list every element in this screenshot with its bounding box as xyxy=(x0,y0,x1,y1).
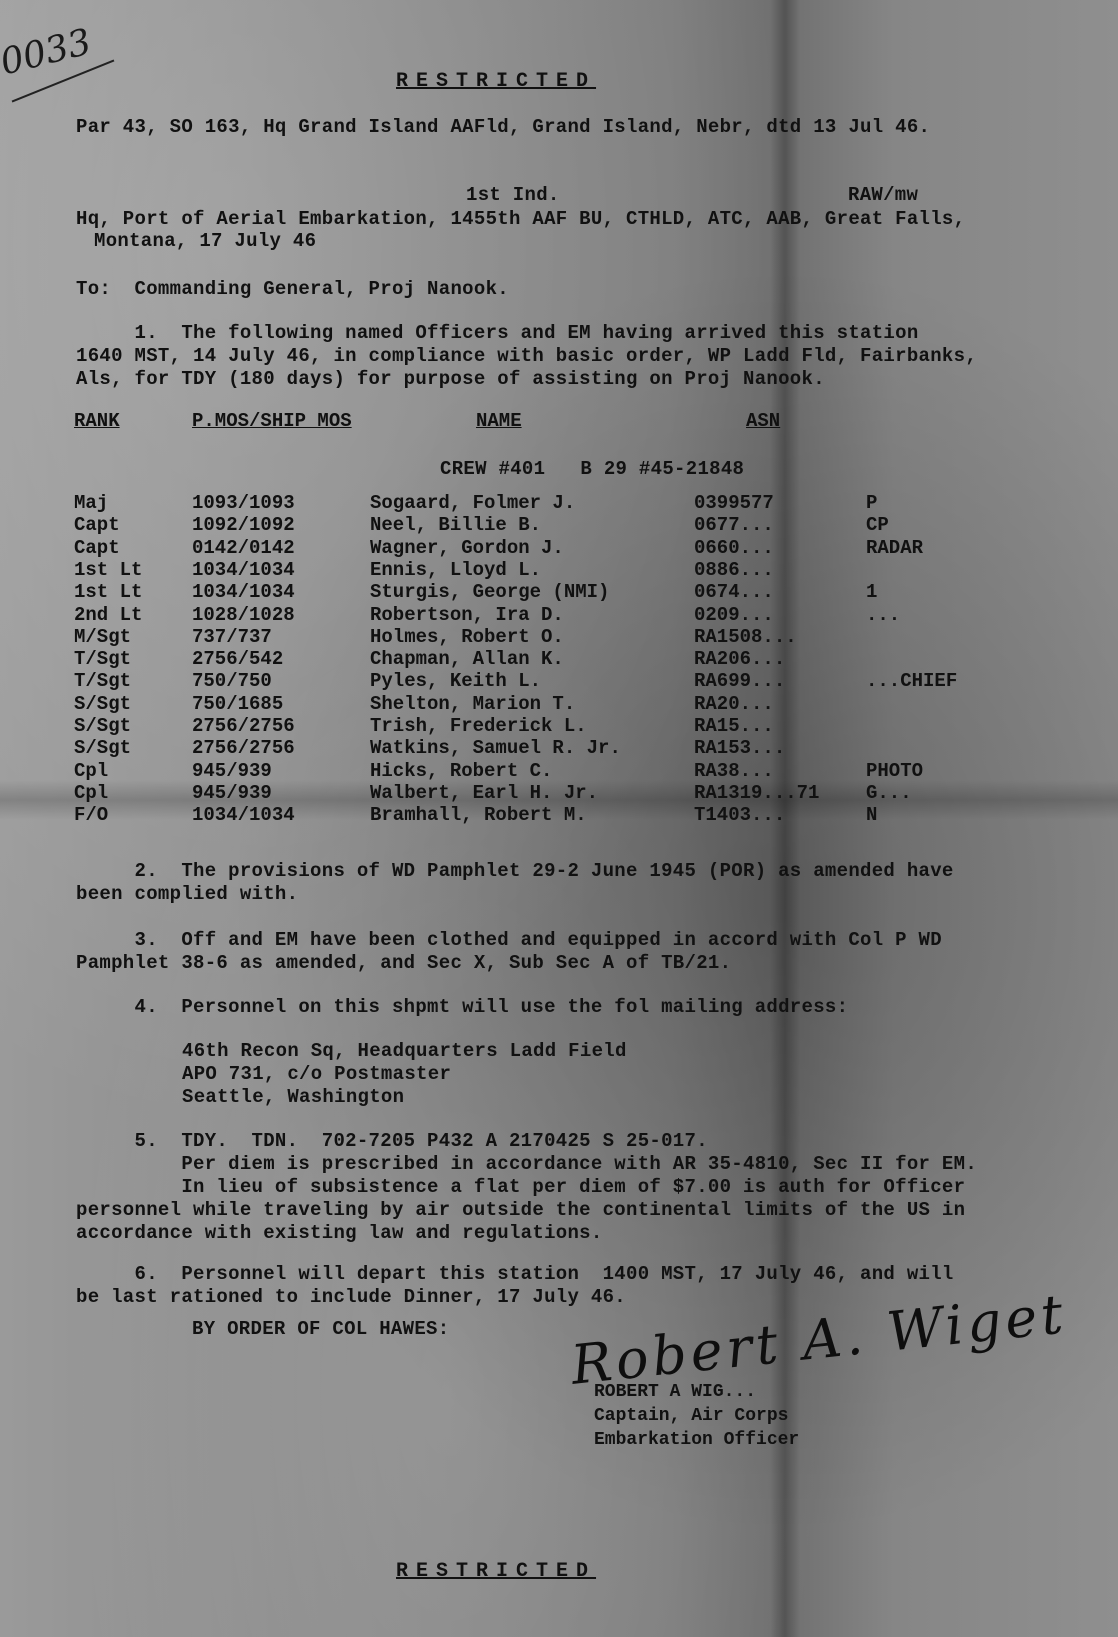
para5-line4: personnel while traveling by air outside… xyxy=(76,1199,965,1221)
rank-cell: S/Sgt xyxy=(74,693,131,715)
name-cell: Sogaard, Folmer J. xyxy=(370,492,575,514)
column-header-asn: ASN xyxy=(746,410,780,432)
asn-cell: 0674... xyxy=(694,581,774,603)
column-header-name: NAME xyxy=(476,410,522,432)
para4-line: 4. Personnel on this shpmt will use the … xyxy=(76,996,848,1018)
address-line2: APO 731, c/o Postmaster xyxy=(182,1063,451,1085)
para6-line1: 6. Personnel will depart this station 14… xyxy=(76,1263,954,1285)
asn-cell: 0660... xyxy=(694,537,774,559)
mos-cell: 1092/1092 xyxy=(192,514,295,536)
table-row: Cpl945/939Walbert, Earl H. Jr.RA1319...7… xyxy=(74,782,1054,805)
rank-cell: T/Sgt xyxy=(74,648,131,670)
table-row: M/Sgt737/737Holmes, Robert O.RA1508... xyxy=(74,626,1054,649)
table-row: T/Sgt750/750Pyles, Keith L.RA699......CH… xyxy=(74,670,1054,693)
para2-line1: 2. The provisions of WD Pamphlet 29-2 Ju… xyxy=(76,860,954,882)
typist-initials: RAW/mw xyxy=(848,184,918,206)
table-row: Capt0142/0142Wagner, Gordon J.0660...RAD… xyxy=(74,537,1054,560)
name-cell: Shelton, Marion T. xyxy=(370,693,575,715)
asn-cell: RA38... xyxy=(694,760,774,782)
table-row: Cpl945/939Hicks, Robert C.RA38...PHOTO xyxy=(74,760,1054,783)
asn-cell: RA153... xyxy=(694,737,785,759)
mos-cell: 750/1685 xyxy=(192,693,283,715)
rank-cell: T/Sgt xyxy=(74,670,131,692)
table-row: Capt1092/1092Neel, Billie B.0677...CP xyxy=(74,514,1054,537)
rank-cell: Cpl xyxy=(74,760,108,782)
table-row: T/Sgt2756/542Chapman, Allan K.RA206... xyxy=(74,648,1054,671)
asn-cell: 0886... xyxy=(694,559,774,581)
table-row: S/Sgt2756/2756Watkins, Samuel R. Jr.RA15… xyxy=(74,737,1054,760)
name-cell: Chapman, Allan K. xyxy=(370,648,564,670)
mos-cell: 1034/1034 xyxy=(192,559,295,581)
mos-cell: 0142/0142 xyxy=(192,537,295,559)
name-cell: Wagner, Gordon J. xyxy=(370,537,564,559)
table-row: 1st Lt1034/1034Ennis, Lloyd L.0886... xyxy=(74,559,1054,582)
duty-cell: 1 xyxy=(866,581,877,603)
name-cell: Trish, Frederick L. xyxy=(370,715,587,737)
from-line-1: Hq, Port of Aerial Embarkation, 1455th A… xyxy=(76,208,965,230)
mos-cell: 945/939 xyxy=(192,782,272,804)
table-row: S/Sgt2756/2756Trish, Frederick L.RA15... xyxy=(74,715,1054,738)
rank-cell: M/Sgt xyxy=(74,626,131,648)
mos-cell: 2756/2756 xyxy=(192,715,295,737)
mos-cell: 1034/1034 xyxy=(192,581,295,603)
column-header-mos: P.MOS/SHIP MOS xyxy=(192,410,352,432)
mos-cell: 737/737 xyxy=(192,626,272,648)
para5-line3: In lieu of subsistence a flat per diem o… xyxy=(76,1176,965,1198)
asn-cell: 0399577 xyxy=(694,492,774,514)
crew-line: CREW #401 B 29 #45-21848 xyxy=(440,458,744,480)
addressee-line: To: Commanding General, Proj Nanook. xyxy=(76,278,509,300)
name-cell: Robertson, Ira D. xyxy=(370,604,564,626)
duty-cell: N xyxy=(866,804,877,826)
rank-cell: 1st Lt xyxy=(74,559,142,581)
asn-cell: RA20... xyxy=(694,693,774,715)
duty-cell: G... xyxy=(866,782,912,804)
by-order-line: BY ORDER OF COL HAWES: xyxy=(192,1318,449,1340)
rank-cell: Maj xyxy=(74,492,108,514)
para1-line1: 1. The following named Officers and EM h… xyxy=(76,322,919,344)
name-cell: Walbert, Earl H. Jr. xyxy=(370,782,598,804)
column-header-rank: RANK xyxy=(74,410,120,432)
asn-cell: T1403... xyxy=(694,804,785,826)
mos-cell: 1028/1028 xyxy=(192,604,295,626)
table-row: F/O1034/1034Bramhall, Robert M.T1403...N xyxy=(74,804,1054,827)
duty-cell: RADAR xyxy=(866,537,923,559)
asn-cell: RA15... xyxy=(694,715,774,737)
classification-top: RESTRICTED xyxy=(396,70,596,93)
duty-cell: P xyxy=(866,492,877,514)
name-cell: Sturgis, George (NMI) xyxy=(370,581,609,603)
mos-cell: 1093/1093 xyxy=(192,492,295,514)
para1-line2: 1640 MST, 14 July 46, in compliance with… xyxy=(76,345,977,367)
asn-cell: 0677... xyxy=(694,514,774,536)
mos-cell: 1034/1034 xyxy=(192,804,295,826)
asn-cell: RA699... xyxy=(694,670,785,692)
name-cell: Pyles, Keith L. xyxy=(370,670,541,692)
asn-cell: RA206... xyxy=(694,648,785,670)
name-cell: Watkins, Samuel R. Jr. xyxy=(370,737,621,759)
rank-cell: 2nd Lt xyxy=(74,604,142,626)
indorsement-label: 1st Ind. xyxy=(466,184,560,206)
duty-cell: ...CHIEF xyxy=(866,670,957,692)
rank-cell: S/Sgt xyxy=(74,715,131,737)
para5-line5: accordance with existing law and regulat… xyxy=(76,1222,603,1244)
para6-line2: be last rationed to include Dinner, 17 J… xyxy=(76,1286,626,1308)
mos-cell: 2756/542 xyxy=(192,648,283,670)
signer-name: ROBERT A WIG... xyxy=(594,1380,756,1404)
para2-line2: been complied with. xyxy=(76,883,298,905)
name-cell: Neel, Billie B. xyxy=(370,514,541,536)
signer-title: Embarkation Officer xyxy=(594,1428,799,1452)
duty-cell: PHOTO xyxy=(866,760,923,782)
para3-line2: Pamphlet 38-6 as amended, and Sec X, Sub… xyxy=(76,952,731,974)
rank-cell: Cpl xyxy=(74,782,108,804)
mos-cell: 945/939 xyxy=(192,760,272,782)
reference-line: Par 43, SO 163, Hq Grand Island AAFld, G… xyxy=(76,116,930,138)
asn-cell: RA1319...71 xyxy=(694,782,819,804)
address-line1: 46th Recon Sq, Headquarters Ladd Field xyxy=(182,1040,627,1062)
signer-rank: Captain, Air Corps xyxy=(594,1404,788,1428)
from-line-2: Montana, 17 July 46 xyxy=(94,230,316,252)
duty-cell: ... xyxy=(866,604,900,626)
rank-cell: Capt xyxy=(74,537,120,559)
table-row: 2nd Lt1028/1028Robertson, Ira D.0209....… xyxy=(74,604,1054,627)
asn-cell: 0209... xyxy=(694,604,774,626)
para3-line1: 3. Off and EM have been clothed and equi… xyxy=(76,929,942,951)
para5-line1: 5. TDY. TDN. 702-7205 P432 A 2170425 S 2… xyxy=(76,1130,708,1152)
name-cell: Hicks, Robert C. xyxy=(370,760,552,782)
document-page: 0033 RESTRICTED Par 43, SO 163, Hq Grand… xyxy=(0,0,1118,1637)
address-line3: Seattle, Washington xyxy=(182,1086,404,1108)
rank-cell: Capt xyxy=(74,514,120,536)
mos-cell: 750/750 xyxy=(192,670,272,692)
table-row: S/Sgt750/1685Shelton, Marion T.RA20... xyxy=(74,693,1054,716)
mos-cell: 2756/2756 xyxy=(192,737,295,759)
para1-line3: Als, for TDY (180 days) for purpose of a… xyxy=(76,368,825,390)
para5-line2: Per diem is prescribed in accordance wit… xyxy=(76,1153,977,1175)
name-cell: Ennis, Lloyd L. xyxy=(370,559,541,581)
rank-cell: F/O xyxy=(74,804,108,826)
asn-cell: RA1508... xyxy=(694,626,797,648)
name-cell: Bramhall, Robert M. xyxy=(370,804,587,826)
classification-bottom: RESTRICTED xyxy=(396,1560,596,1583)
duty-cell: CP xyxy=(866,514,889,536)
table-row: Maj1093/1093Sogaard, Folmer J.0399577P xyxy=(74,492,1054,515)
rank-cell: S/Sgt xyxy=(74,737,131,759)
name-cell: Holmes, Robert O. xyxy=(370,626,564,648)
table-row: 1st Lt1034/1034Sturgis, George (NMI)0674… xyxy=(74,581,1054,604)
rank-cell: 1st Lt xyxy=(74,581,142,603)
